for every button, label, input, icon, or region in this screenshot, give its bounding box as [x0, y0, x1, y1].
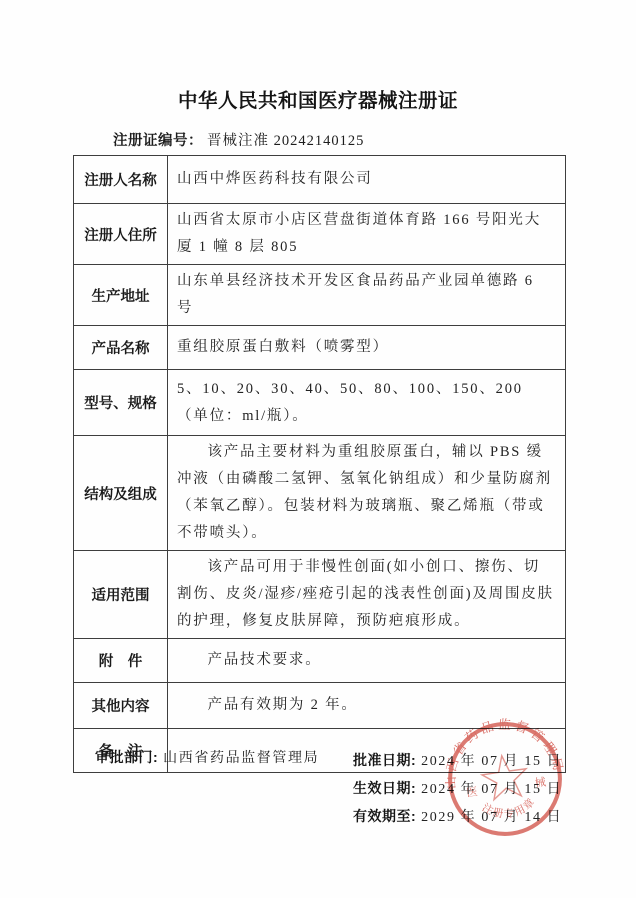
row-value: 产品有效期为 2 年。: [168, 683, 566, 729]
cert-number-label: 注册证编号：: [113, 133, 203, 149]
approval-dept-label: 审批部门:: [95, 749, 158, 765]
certificate-page: 中华人民共和国医疗器械注册证 注册证编号：晋械注准 20242140125 注册…: [0, 0, 636, 898]
approval-dept-line: 审批部门:山西省药品监督管理局: [95, 747, 319, 767]
effective-date-value: 2024 年 07 月 15 日: [421, 782, 562, 797]
approval-dept-value: 山西省药品监督管理局: [163, 751, 319, 766]
certificate-table: 注册人名称 山西中烨医药科技有限公司 注册人住所 山西省太原市小店区营盘街道体育…: [73, 155, 566, 773]
row-label: 适用范围: [74, 551, 168, 639]
table-row: 其他内容 产品有效期为 2 年。: [74, 683, 566, 729]
table-row: 型号、规格 5、10、20、30、40、50、80、100、150、200（单位…: [74, 370, 566, 436]
table-row: 结构及组成 该产品主要材料为重组胶原蛋白，辅以 PBS 缓冲液（由磷酸二氢钾、氢…: [74, 436, 566, 551]
table-row: 附 件 产品技术要求。: [74, 639, 566, 683]
row-label: 附 件: [74, 639, 168, 683]
table-row: 产品名称 重组胶原蛋白敷料（喷雾型）: [74, 326, 566, 370]
page-title: 中华人民共和国医疗器械注册证: [0, 85, 636, 113]
cert-number-line: 注册证编号：晋械注准 20242140125: [113, 129, 364, 150]
expiry-date-line: 有效期至:2029 年 07 月 14 日: [353, 803, 562, 831]
row-value: 产品技术要求。: [168, 639, 566, 683]
row-value: 重组胶原蛋白敷料（喷雾型）: [168, 326, 566, 370]
row-value: 该产品主要材料为重组胶原蛋白，辅以 PBS 缓冲液（由磷酸二氢钾、氢氧化钠组成）…: [168, 436, 566, 551]
row-label: 结构及组成: [74, 436, 168, 551]
row-value: 山西省太原市小店区营盘街道体育路 166 号阳光大厦 1 幢 8 层 805: [168, 204, 566, 265]
row-label: 型号、规格: [74, 370, 168, 436]
row-label: 产品名称: [74, 326, 168, 370]
expiry-date-value: 2029 年 07 月 14 日: [421, 810, 562, 825]
row-label: 生产地址: [74, 265, 168, 326]
table-row: 注册人住所 山西省太原市小店区营盘街道体育路 166 号阳光大厦 1 幢 8 层…: [74, 204, 566, 265]
row-value: 山西中烨医药科技有限公司: [168, 156, 566, 204]
dates-block: 批准日期:2024 年 07 月 15 日 生效日期:2024 年 07 月 1…: [353, 747, 562, 831]
row-label: 注册人名称: [74, 156, 168, 204]
row-value: 该产品可用于非慢性创面(如小创口、擦伤、切割伤、皮炎/湿疹/痤疮引起的浅表性创面…: [168, 551, 566, 639]
row-value: 5、10、20、30、40、50、80、100、150、200（单位：ml/瓶）…: [168, 370, 566, 436]
table-row: 注册人名称 山西中烨医药科技有限公司: [74, 156, 566, 204]
expiry-date-label: 有效期至:: [353, 808, 416, 824]
approval-date-value: 2024 年 07 月 15 日: [421, 754, 562, 769]
cert-number-value: 晋械注准 20242140125: [207, 133, 364, 149]
table-row: 生产地址 山东单县经济技术开发区食品药品产业园单德路 6 号: [74, 265, 566, 326]
effective-date-label: 生效日期:: [353, 780, 416, 796]
row-label: 注册人住所: [74, 204, 168, 265]
table-row: 适用范围 该产品可用于非慢性创面(如小创口、擦伤、切割伤、皮炎/湿疹/痤疮引起的…: [74, 551, 566, 639]
row-label: 其他内容: [74, 683, 168, 729]
effective-date-line: 生效日期:2024 年 07 月 15 日: [353, 775, 562, 803]
approval-date-line: 批准日期:2024 年 07 月 15 日: [353, 747, 562, 775]
row-value: 山东单县经济技术开发区食品药品产业园单德路 6 号: [168, 265, 566, 326]
approval-date-label: 批准日期:: [353, 752, 416, 768]
